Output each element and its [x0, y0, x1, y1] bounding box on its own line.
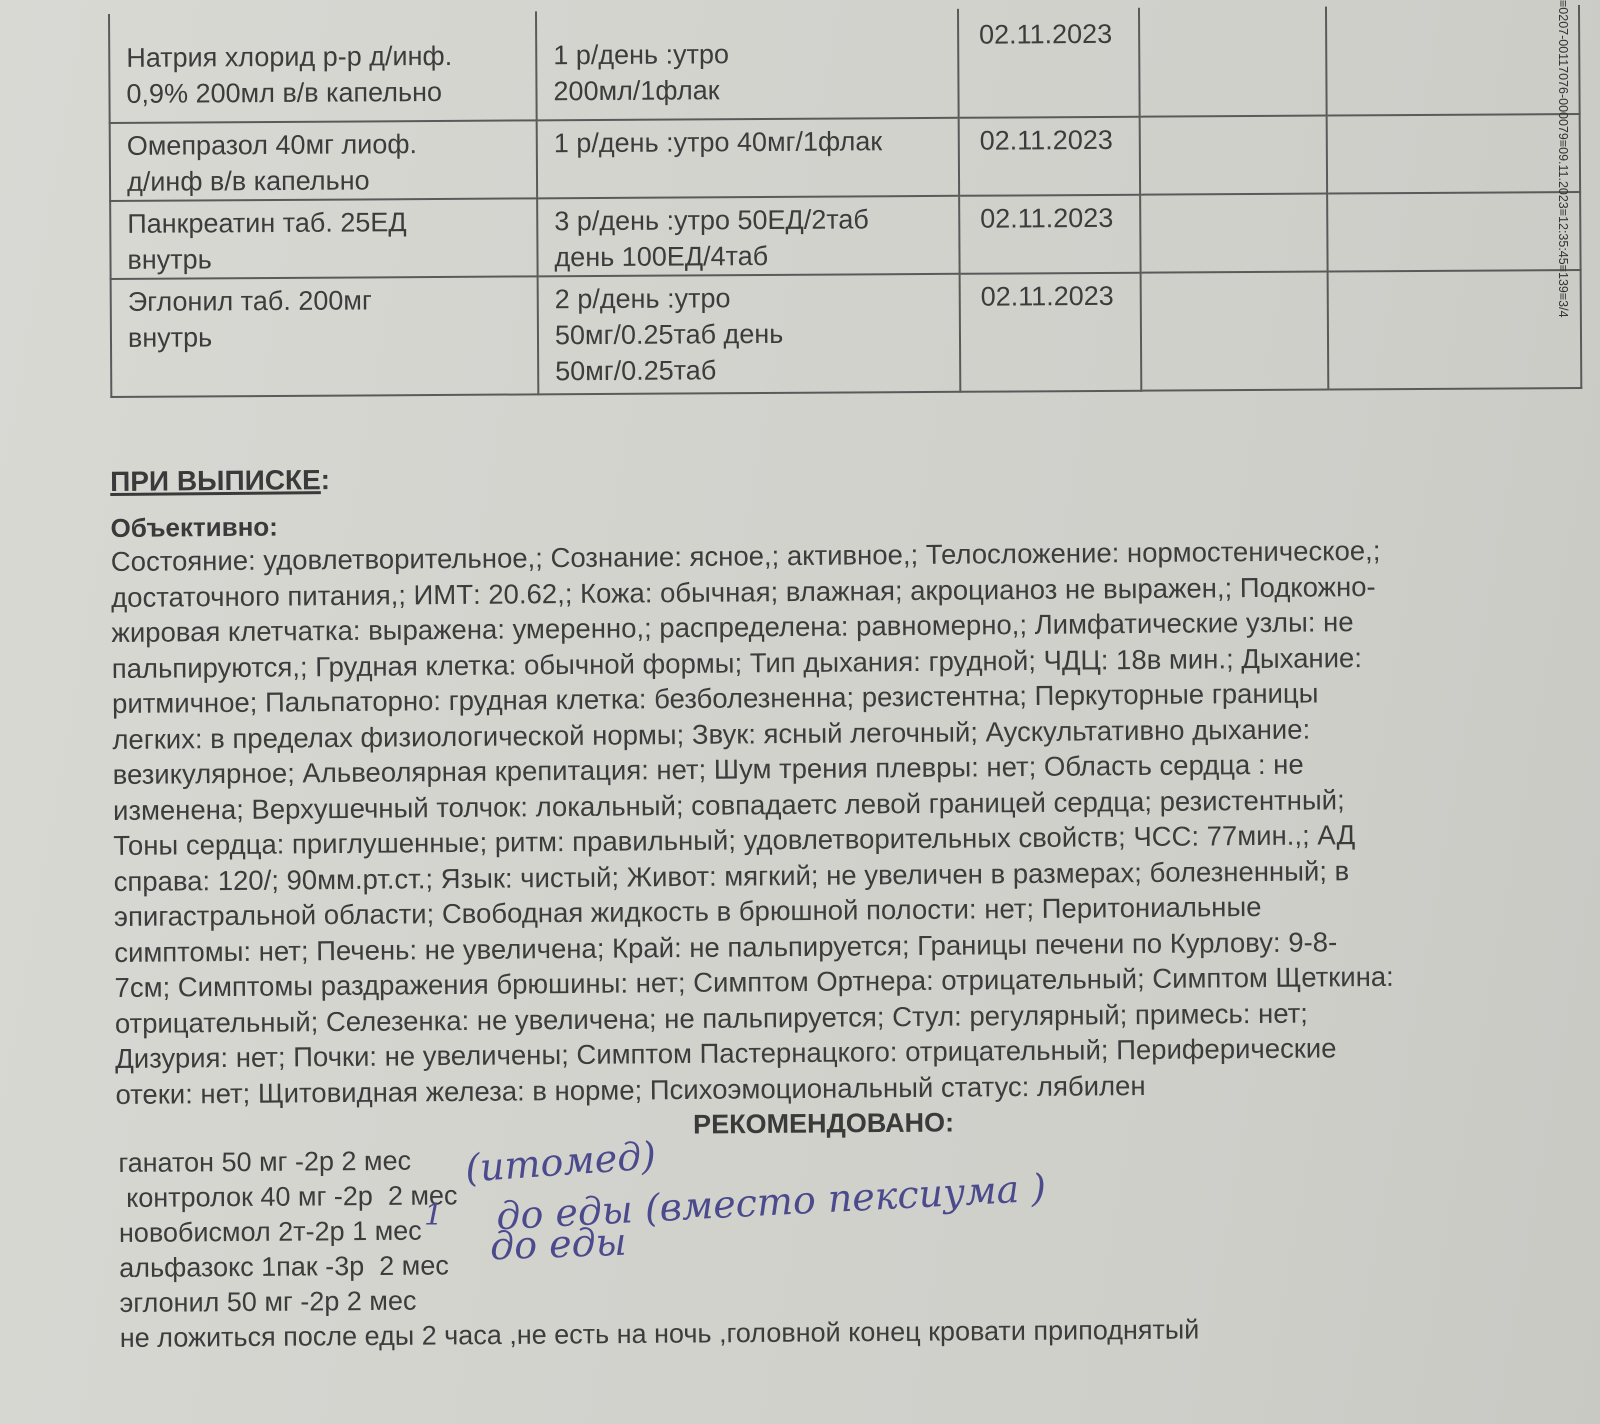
drug-cell-line: д/инф в/в капельно [127, 161, 536, 199]
empty-cell [1140, 194, 1327, 273]
dosage-cell-line: 50мг/0.25таб день [555, 315, 959, 353]
drug-cell-line: Омепразол 40мг лиоф. [127, 125, 536, 163]
drug-cell: Панкреатин таб. 25ЕДвнутрь [110, 198, 537, 279]
recommendations-section: РЕКОМЕНДОВАНО: ганатон 50 мг -2р 2 мес к… [118, 1101, 1520, 1356]
drug-cell-line: 0,9% 200мл в/в капельно [126, 73, 535, 111]
prescription-row: Эглонил таб. 200мгвнутрь2 р/день :утро50… [111, 270, 1582, 397]
dosage-cell-line: 2 р/день :утро [555, 279, 959, 317]
empty-cell [1140, 272, 1328, 391]
empty-cell [1139, 116, 1326, 195]
dosage-cell-line: 1 р/день :утро 40мг/1флак [554, 123, 958, 161]
empty-cell [1327, 192, 1581, 272]
drug-cell-line: внутрь [128, 317, 537, 355]
date-cell: 02.11.2023 [959, 195, 1140, 274]
discharge-title-colon: : [321, 462, 331, 498]
drug-cell-line: Натрия хлорид р-р д/инф. [126, 37, 535, 75]
dosage-cell: 1 р/день :утро200мл/1флак [536, 9, 959, 121]
drug-cell-line: Эглонил таб. 200мг [128, 281, 537, 319]
handwritten-correction: 1 [424, 1198, 443, 1233]
dosage-cell: 2 р/день :утро50мг/0.25таб день50мг/0.25… [538, 274, 961, 395]
recommendations-list: ганатон 50 мг -2р 2 мес контролок 40 мг … [118, 1135, 1520, 1356]
drug-cell: Натрия хлорид р-р д/инф.0,9% 200мл в/в к… [109, 11, 537, 123]
dosage-cell: 3 р/день :утро 50ЕД/2табдень 100ЕД/4таб [537, 196, 959, 277]
discharge-section: ПРИ ВЫПИСКЕ: Объективно: Состояние: удов… [110, 451, 1566, 1112]
date-cell: 02.11.2023 [959, 117, 1140, 196]
drug-cell: Эглонил таб. 200мгвнутрь [111, 276, 539, 397]
dosage-cell-line: 50мг/0.25таб [555, 351, 959, 389]
empty-cell [1139, 7, 1327, 117]
dosage-cell-line: 3 р/день :утро 50ЕД/2таб [554, 201, 958, 239]
dosage-cell-line: 1 р/день :утро [553, 35, 957, 73]
dosage-cell: 1 р/день :утро 40мг/1флак [537, 118, 959, 199]
date-cell: 02.11.2023 [959, 273, 1141, 392]
empty-cell [1326, 5, 1580, 116]
prescription-row: Панкреатин таб. 25ЕДвнутрь3 р/день :утро… [110, 192, 1580, 279]
drug-cell: Омепразол 40мг лиоф.д/инф в/в капельно [110, 120, 537, 201]
date-cell: 02.11.2023 [958, 8, 1139, 118]
handwritten-note-3: до еды [489, 1220, 627, 1269]
prescription-row: Натрия хлорид р-р д/инф.0,9% 200мл в/в к… [109, 5, 1580, 123]
prescription-table: Натрия хлорид р-р д/инф.0,9% 200мл в/в к… [108, 5, 1582, 398]
prescription-row: Омепразол 40мг лиоф.д/инф в/в капельно1 … [110, 114, 1580, 201]
drug-cell-line: Панкреатин таб. 25ЕД [127, 203, 536, 241]
empty-cell [1327, 270, 1581, 390]
dosage-cell-line: день 100ЕД/4таб [554, 237, 958, 275]
empty-cell [1326, 114, 1580, 194]
dosage-cell-line: 200мл/1флак [553, 71, 957, 109]
discharge-title-text: ПРИ ВЫПИСКЕ [110, 464, 321, 497]
drug-cell-line: внутрь [127, 239, 536, 277]
document-id-stamp: ≡0207-00117076-000079≡09.11.2023≡12:35:4… [1548, 0, 1570, 420]
objective-findings: Состояние: удовлетворительное,; Сознание… [111, 531, 1566, 1112]
